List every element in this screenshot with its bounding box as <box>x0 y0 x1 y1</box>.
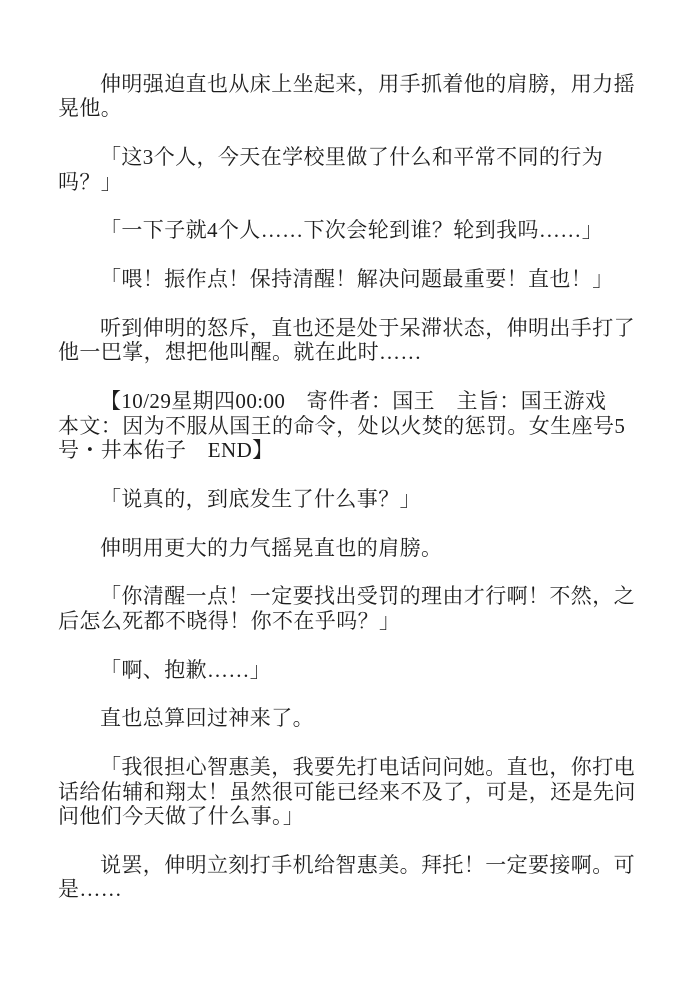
paragraph-dialogue-4: 「说真的，到底发生了什么事？」 <box>58 487 650 511</box>
paragraph-dialogue-5: 「你清醒一点！一定要找出受罚的理由才行啊！不然，之 后怎么死都不晓得！你不在乎吗… <box>58 584 650 633</box>
paragraph-kings-message: 【10/29星期四00:00 寄件者：国王 主旨：国王游戏 本文：因为不服从国王… <box>58 389 650 462</box>
paragraph-narration-1: 伸明强迫直也从床上坐起来，用手抓着他的肩膀，用力摇 晃他。 <box>58 72 650 121</box>
paragraph-dialogue-7: 「我很担心智惠美，我要先打电话问问她。直也，你打电 话给佑辅和翔太！虽然很可能已… <box>58 755 650 828</box>
paragraph-narration-2: 听到伸明的怒斥，直也还是处于呆滞状态，伸明出手打了 他一巴掌，想把他叫醒。就在此… <box>58 316 650 365</box>
paragraph-dialogue-1: 「这3个人，今天在学校里做了什么和平常不同的行为 吗？」 <box>58 145 650 194</box>
paragraph-narration-4: 直也总算回过神来了。 <box>58 706 650 730</box>
paragraph-dialogue-6: 「啊、抱歉……」 <box>58 658 650 682</box>
paragraph-narration-5: 说罢，伸明立刻打手机给智惠美。拜托！一定要接啊。可 是…… <box>58 853 650 902</box>
paragraph-dialogue-3: 「喂！振作点！保持清醒！解决问题最重要！直也！」 <box>58 267 650 291</box>
paragraph-narration-3: 伸明用更大的力气摇晃直也的肩膀。 <box>58 536 650 560</box>
paragraph-dialogue-2: 「一下子就4个人……下次会轮到谁？轮到我吗……」 <box>58 218 650 242</box>
novel-page: 伸明强迫直也从床上坐起来，用手抓着他的肩膀，用力摇 晃他。 「这3个人，今天在学… <box>0 0 700 992</box>
